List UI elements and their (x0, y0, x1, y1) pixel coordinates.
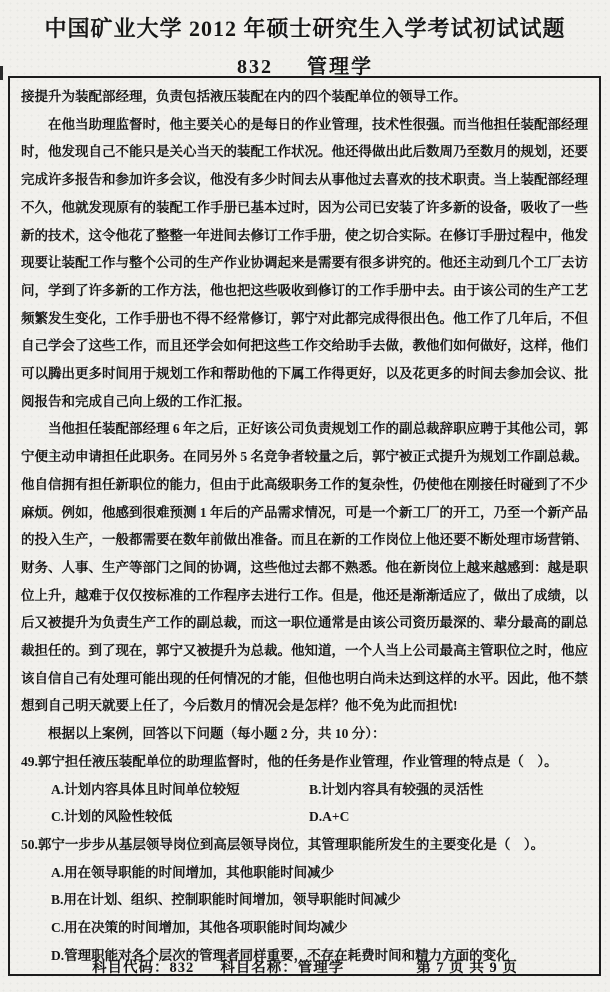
question-50-option-a: A.用在领导职能的时间增加，其他职能时间减少 (51, 859, 588, 887)
question-49-number: 49. (21, 754, 38, 769)
question-50-option-c: C.用在决策的时间增加，其他各项职能时间均减少 (51, 914, 588, 942)
question-49-options: A.计划内容具体且时间单位较短 B.计划内容具有较强的灵活性 C.计划的风险性较… (51, 776, 588, 831)
question-49: 49.郭宁担任液压装配单位的助理监督时，他的任务是作业管理，作业管理的特点是（ … (21, 748, 588, 831)
course-name: 管理学 (307, 50, 373, 79)
subject-name: 科目名称：管理学 (220, 956, 344, 977)
question-50-stem: 50.郭宁一步步从基层领导岗位到高层领导岗位，其管理职能所发生的主要变化是（ ）… (21, 831, 588, 859)
question-49-option-b: B.计划内容具有较强的灵活性 (309, 776, 588, 804)
question-50: 50.郭宁一步步从基层领导岗位到高层领导岗位，其管理职能所发生的主要变化是（ ）… (21, 831, 588, 970)
exam-subtitle: 832 管理学 (0, 50, 610, 79)
exam-title: 中国矿业大学 2012 年硕士研究生入学考试初试试题 (0, 12, 610, 43)
page-indicator: 第 7 页 共 9 页 (416, 956, 518, 977)
subject-code: 科目代码：832 (92, 956, 194, 977)
question-49-option-c: C.计划的风险性较低 (51, 803, 309, 831)
question-49-stem: 49.郭宁担任液压装配单位的助理监督时，他的任务是作业管理，作业管理的特点是（ … (21, 748, 588, 776)
case-paragraph-2: 当他担任装配部经理 6 年之后，正好该公司负责规划工作的副总裁辞职应聘于其他公司… (21, 415, 588, 720)
case-instruction: 根据以上案例，回答以下问题（每小题 2 分，共 10 分）： (21, 720, 588, 748)
scan-edge-artifact (0, 66, 3, 80)
exam-header: 中国矿业大学 2012 年硕士研究生入学考试初试试题 832 管理学 (0, 0, 610, 79)
case-paragraph-1: 在他当助理监督时，他主要关心的是每日的作业管理，技术性很强。而当他担任装配部经理… (21, 111, 588, 416)
question-50-options: A.用在领导职能的时间增加，其他职能时间减少 B.用在计划、组织、控制职能时间增… (51, 859, 588, 970)
case-study-box: 接提升为装配部经理，负责包括液压装配在内的四个装配单位的领导工作。 在他当助理监… (8, 76, 601, 976)
question-50-text: 郭宁一步步从基层领导岗位到高层领导岗位，其管理职能所发生的主要变化是（ ）。 (38, 837, 544, 852)
question-50-number: 50. (21, 837, 38, 852)
case-continuation-line: 接提升为装配部经理，负责包括液压装配在内的四个装配单位的领导工作。 (21, 83, 588, 111)
question-50-option-b: B.用在计划、组织、控制职能时间增加，领导职能时间减少 (51, 886, 588, 914)
question-49-option-a: A.计划内容具体且时间单位较短 (51, 776, 309, 804)
exam-page: 中国矿业大学 2012 年硕士研究生入学考试初试试题 832 管理学 接提升为装… (0, 0, 610, 992)
page-footer: 科目代码：832 科目名称：管理学 第 7 页 共 9 页 (0, 956, 610, 977)
question-49-option-d: D.A+C (309, 803, 588, 831)
question-49-text: 郭宁担任液压装配单位的助理监督时，他的任务是作业管理，作业管理的特点是（ ）。 (38, 754, 558, 769)
